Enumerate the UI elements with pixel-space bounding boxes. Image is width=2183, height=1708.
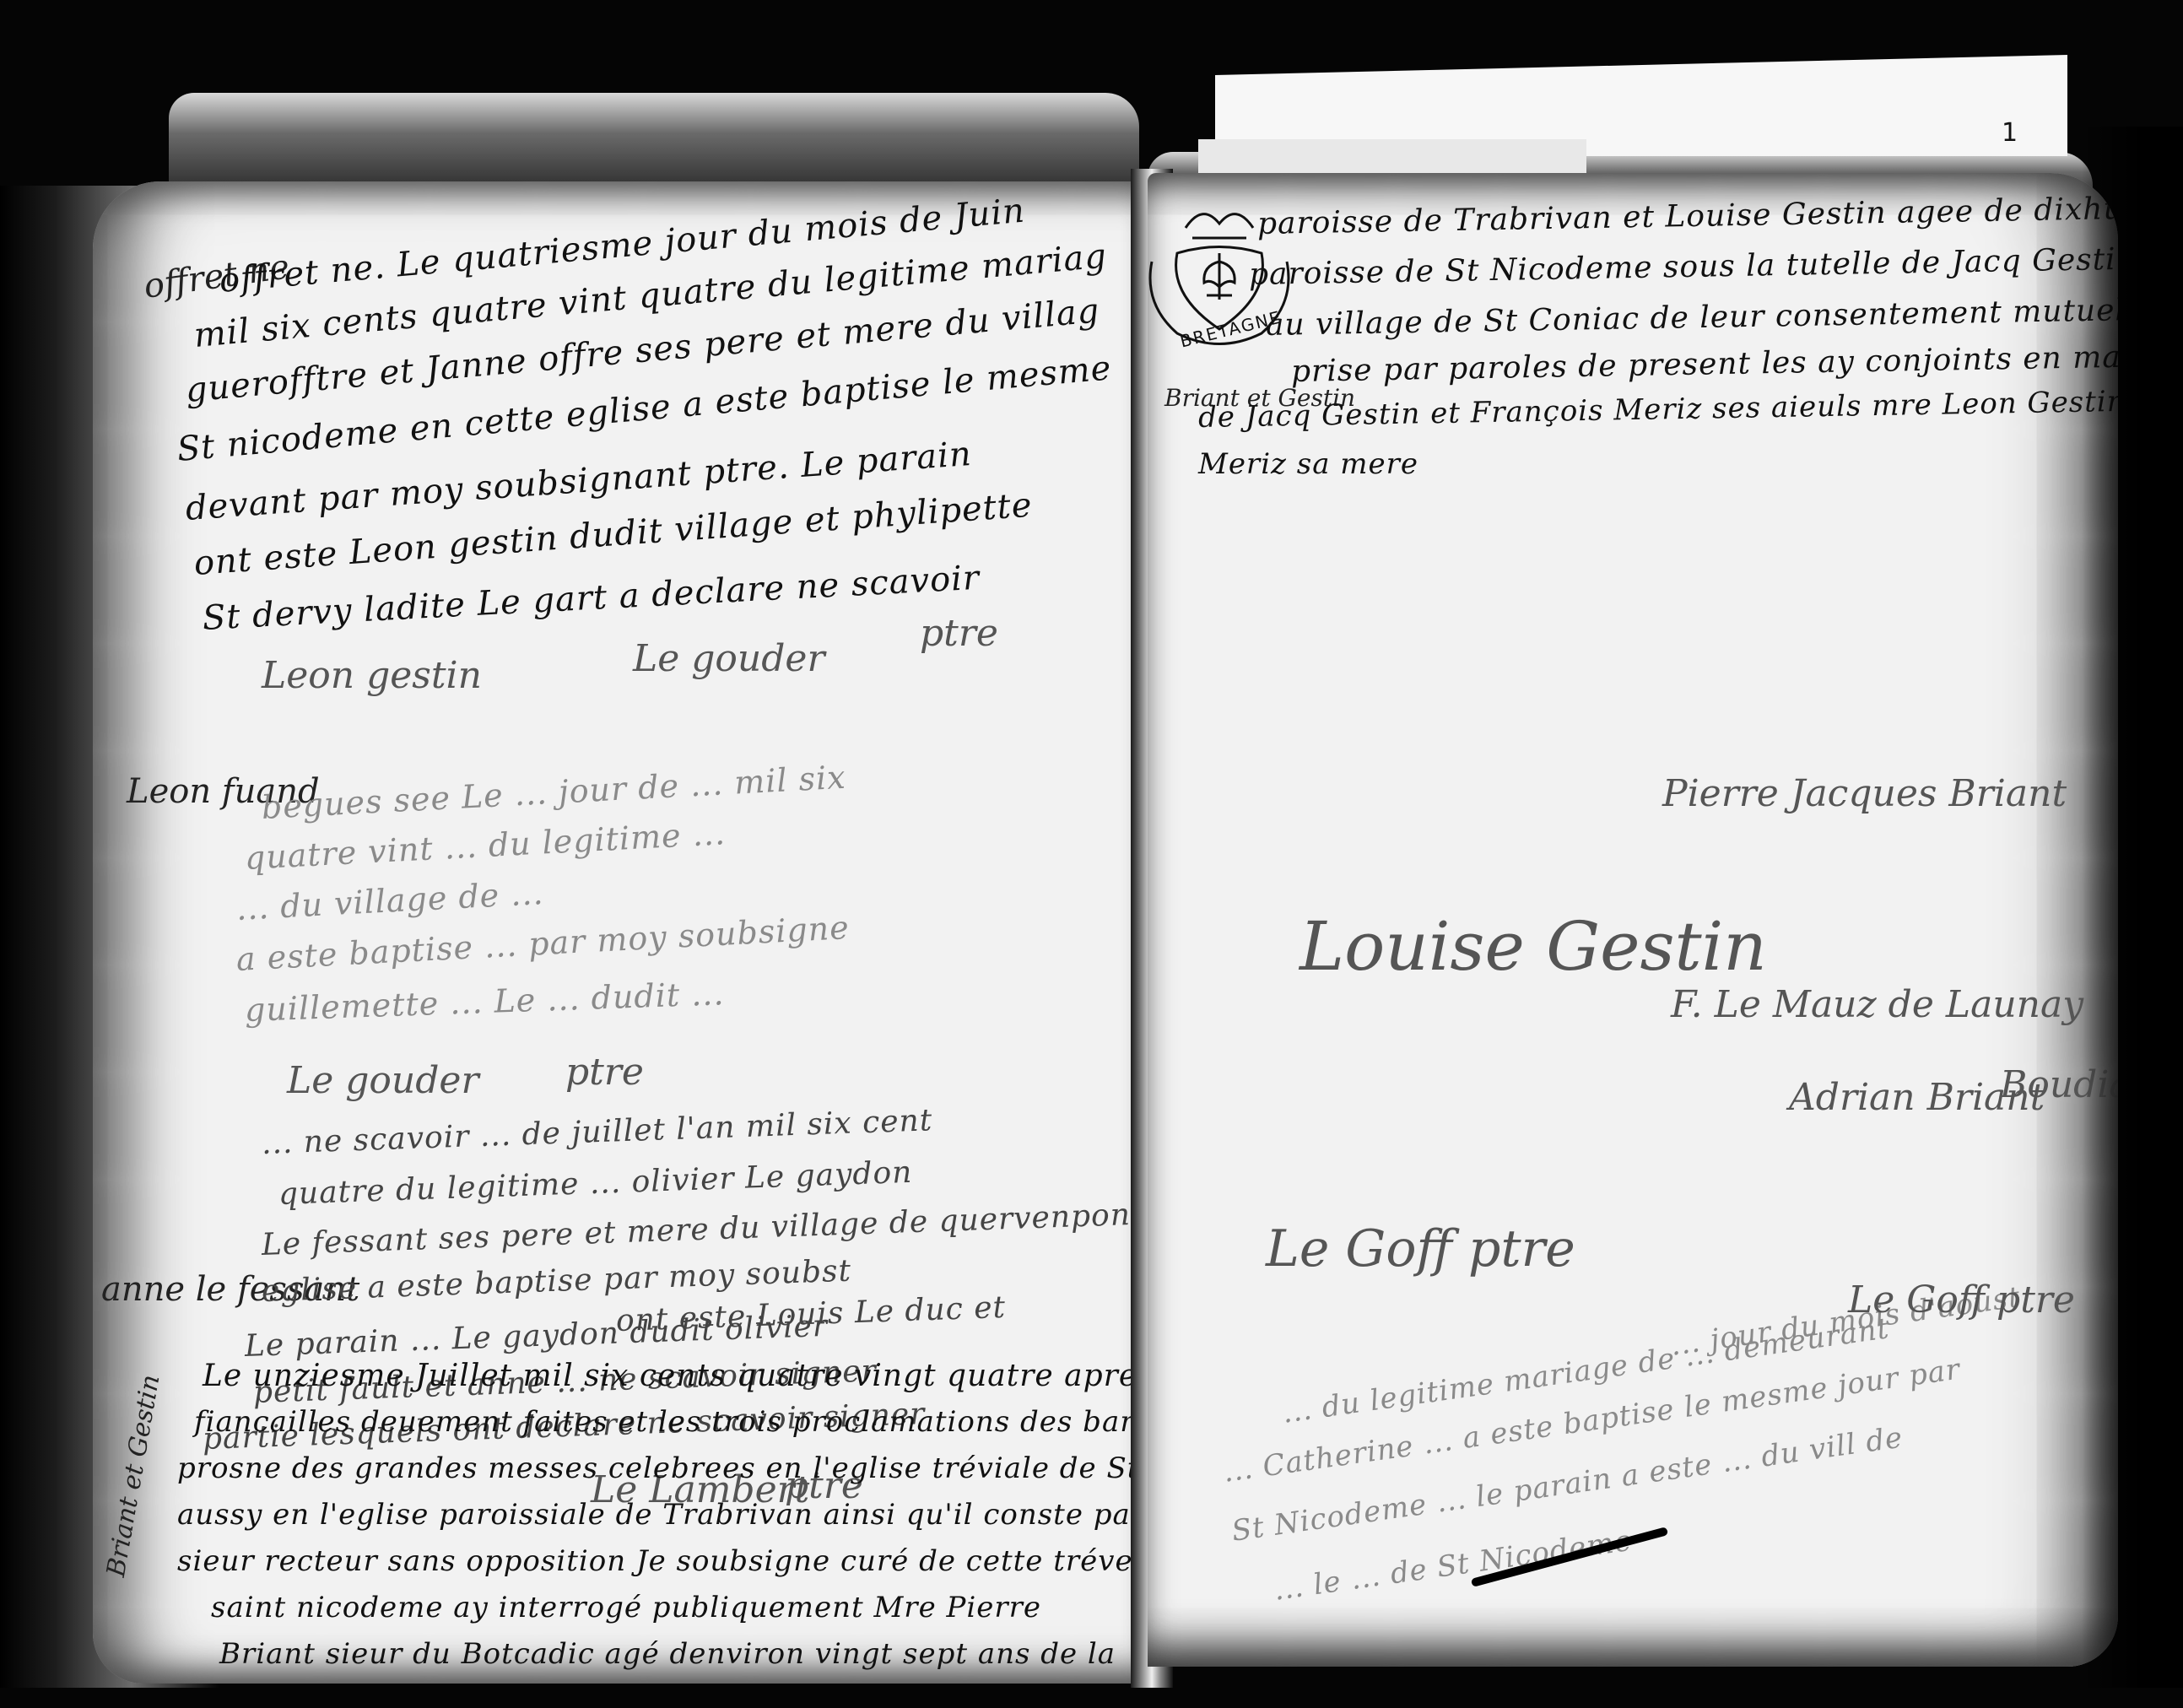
entry-3-line-2: quatre du legitime ... olivier Le gaydon — [278, 1155, 913, 1212]
signature-le-goff-ptre-2: Le Goff ptre — [1848, 1278, 2075, 1322]
signature-leon-gestin: Leon gestin — [262, 654, 482, 697]
margin-note-entry-4: Briant et Gestin — [101, 1372, 166, 1579]
right-page: Briant et Gestin paroisse de Trabrivan e… — [1148, 173, 2118, 1667]
signature-le-gouder-2: Le gouder — [287, 1059, 478, 1102]
bretagne-stamp-seal: BRETAGNE — [1127, 194, 1312, 363]
torn-right-edge — [2082, 127, 2183, 1688]
entry-2-line-3: ... du village de ... — [235, 874, 545, 927]
entry-4-line-5: sieur recteur sans opposition Je soubsig… — [177, 1544, 1133, 1578]
entry-4-line-4: aussy en l'eglise paroissiale de Trabriv… — [177, 1498, 1143, 1532]
signature-louise-gestin: Louise Gestin — [1300, 907, 1767, 986]
signature-le-goff-ptre: Le Goff ptre — [1266, 1219, 1575, 1278]
signature-le-gouder: Le gouder — [633, 637, 824, 680]
folio-number: 1 — [2002, 118, 2018, 148]
signature-pierre-jacques-briant: Pierre Jacques Briant — [1662, 772, 2067, 815]
entry-4-line-7: Briant sieur du Botcadic agé denviron vi… — [219, 1637, 1116, 1671]
right-entry-2-line-5: ... le ... de St Nicodeme — [1272, 1524, 1635, 1608]
scanned-register-spread: 1 offret ne offret ne. Le quatriesme jou… — [0, 0, 2183, 1708]
page-stack-edge — [169, 93, 1139, 194]
entry-2-line-5: guillemette ... Le ... dudit ... — [244, 975, 725, 1029]
signature-ptre: ptre — [920, 612, 998, 655]
right-entry-1-line-6: Meriz sa mere — [1198, 447, 1418, 481]
signature-le-mauz-de-launay: F. Le Mauz de Launay — [1671, 983, 2083, 1026]
entry-2-line-2: quatre vint ... du legitime ... — [244, 814, 727, 877]
entry-4-line-6: saint nicodeme ay interrogé publiquement… — [211, 1591, 1041, 1624]
signature-ptre-2: ptre — [565, 1051, 644, 1094]
right-entry-1-line-4: prise par paroles de present les ay conj… — [1291, 338, 2118, 389]
left-page: offret ne offret ne. Le quatriesme jour … — [93, 181, 1143, 1684]
right-entry-1-line-1: paroisse de Trabrivan et Louise Gestin a… — [1257, 188, 2118, 241]
entry-3-line-1: ... ne scavoir ... de juillet l'an mil s… — [261, 1103, 933, 1161]
entry-3-line-6: Le parain ... Le gaydon dudit olivier — [244, 1309, 828, 1364]
right-entry-1-line-2: paroisse de St Nicodeme sous la tutelle … — [1249, 239, 2118, 292]
entry-4-line-1: Le unziesme Juillet mil six cents quatre… — [203, 1359, 1143, 1393]
entry-2-line-1: begues see Le ... jour de ... mil six — [261, 759, 847, 826]
right-entry-1-line-3: au village de St Coniac de leur consente… — [1266, 289, 2118, 343]
entry-4-line-2: fiancailles deuement faites et les trois… — [194, 1405, 1143, 1439]
entry-4-line-3: prosne des grandes messes celebrees en l… — [177, 1451, 1143, 1485]
